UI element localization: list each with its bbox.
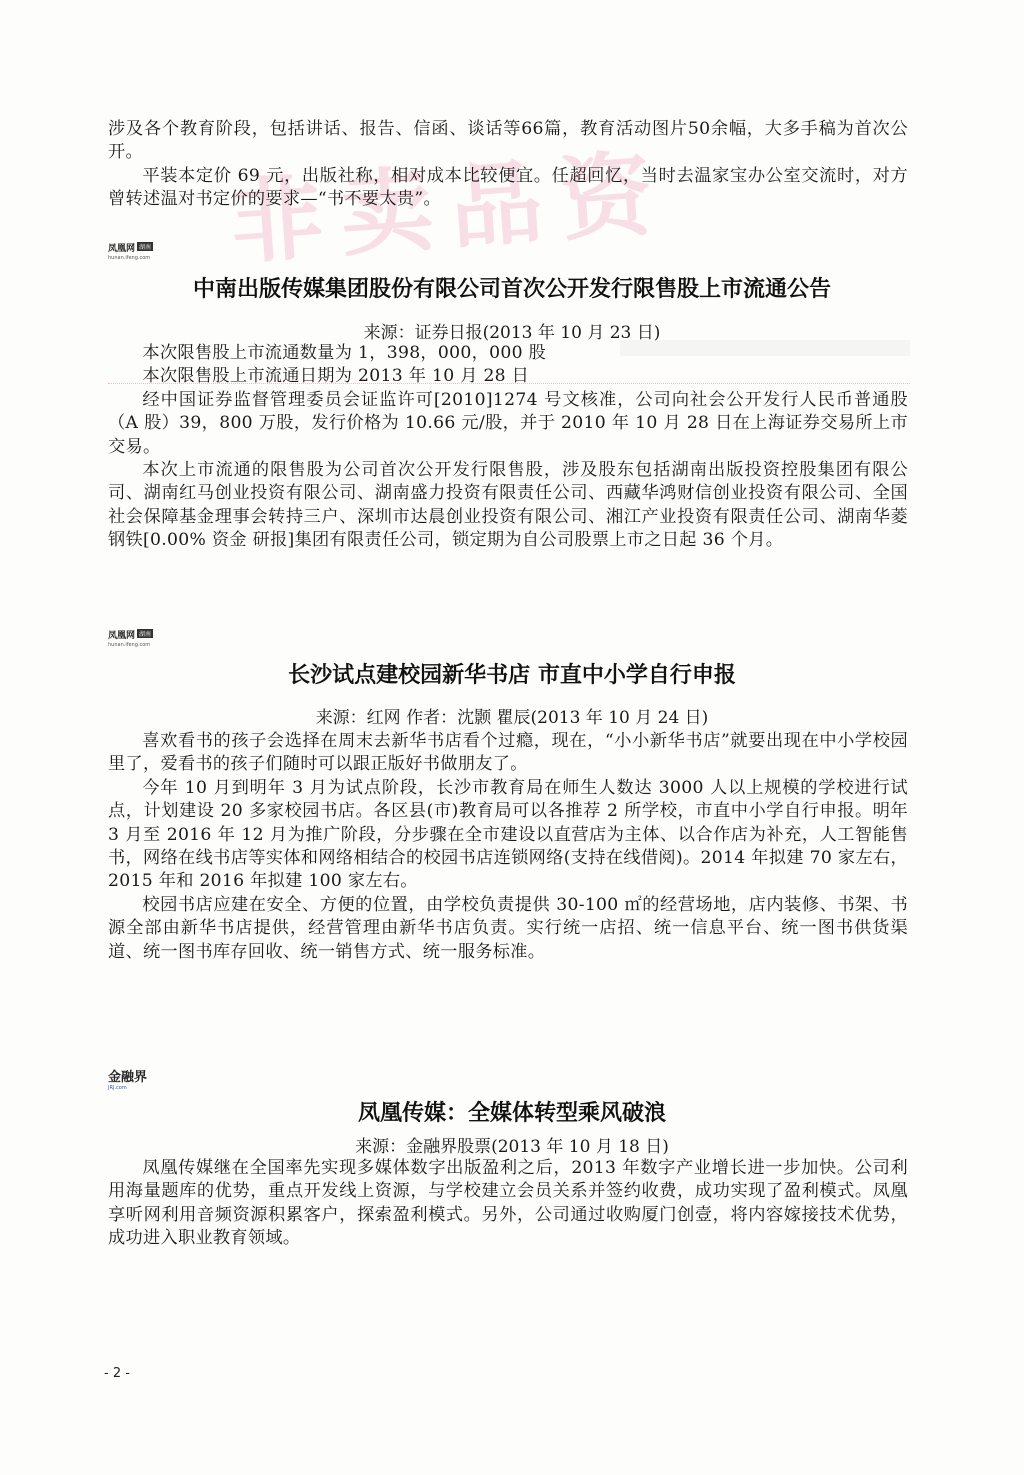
article-source-2: 来源：红网 作者：沈颢 瞿辰(2013 年 10 月 24 日) [0, 703, 1024, 728]
article-title-3: 凤凰传媒：全媒体转型乘风破浪 [0, 1096, 1024, 1127]
ifeng-logo: 凤凰网湖南 hunan.ifeng.com [108, 236, 153, 261]
article-body-1: 本次限售股上市流通数量为 1，398，000，000 股 本次限售股上市流通日期… [108, 342, 908, 553]
article-2-paragraph: 今年 10 月到明年 3 月为试点阶段，长沙市教育局在师生人数达 3000 人以… [108, 777, 908, 894]
document-page: 非卖品资 涉及各个教育阶段，包括讲话、报告、信函、谈话等66篇，教育活动图片50… [0, 0, 1024, 1475]
article-3-paragraph: 凤凰传媒继在全国率先实现多媒体数字出版盈利之后，2013 年数字产业增长进一步加… [108, 1157, 908, 1251]
article-body-2: 喜欢看书的孩子会选择在周末去新华书店看个过瘾，现在，“小小新华书店”就要出现在中… [108, 730, 908, 964]
intro-paragraph-1: 涉及各个教育阶段，包括讲话、报告、信函、谈话等66篇，教育活动图片50余幅，大多… [108, 118, 908, 165]
intro-section: 涉及各个教育阶段，包括讲话、报告、信函、谈话等66篇，教育活动图片50余幅，大多… [108, 118, 908, 212]
article-source-1: 来源：证券日报(2013 年 10 月 23 日) [0, 318, 1024, 343]
ifeng-hunan-logo: 凤凰网湖南 hunan.ifeng.com [108, 623, 153, 648]
article-2-paragraph: 校园书店应建在安全、方便的位置，由学校负责提供 30-100 ㎡的经营场地，店内… [108, 894, 908, 964]
intro-paragraph-2: 平装本定价 69 元，出版社称，相对成本比较便宜。任超回忆，当时去温家宝办公室交… [108, 165, 908, 212]
article-1-paragraph: 本次上市流通的限售股为公司首次公开发行限售股，涉及股东包括湖南出版投资控股集团有… [108, 459, 908, 553]
article-1-paragraph: 本次限售股上市流通数量为 1，398，000，000 股 [108, 342, 908, 365]
jrj-logo: 金融界 JRJ.com [108, 1066, 147, 1091]
article-1-paragraph: 经中国证券监督管理委员会证监许可[2010]1274 号文核准，公司向社会公开发… [108, 389, 908, 459]
article-title-2: 长沙试点建校园新华书店 市直中小学自行申报 [0, 658, 1024, 689]
article-1-paragraph: 本次限售股上市流通日期为 2013 年 10 月 28 日 [108, 365, 908, 388]
page-number: - 2 - [104, 1366, 130, 1381]
article-2-paragraph: 喜欢看书的孩子会选择在周末去新华书店看个过瘾，现在，“小小新华书店”就要出现在中… [108, 730, 908, 777]
article-body-3: 凤凰传媒继在全国率先实现多媒体数字出版盈利之后，2013 年数字产业增长进一步加… [108, 1157, 908, 1251]
article-source-3: 来源：金融界股票(2013 年 10 月 18 日) [0, 1132, 1024, 1157]
article-title-1: 中南出版传媒集团股份有限公司首次公开发行限售股上市流通公告 [0, 272, 1024, 303]
